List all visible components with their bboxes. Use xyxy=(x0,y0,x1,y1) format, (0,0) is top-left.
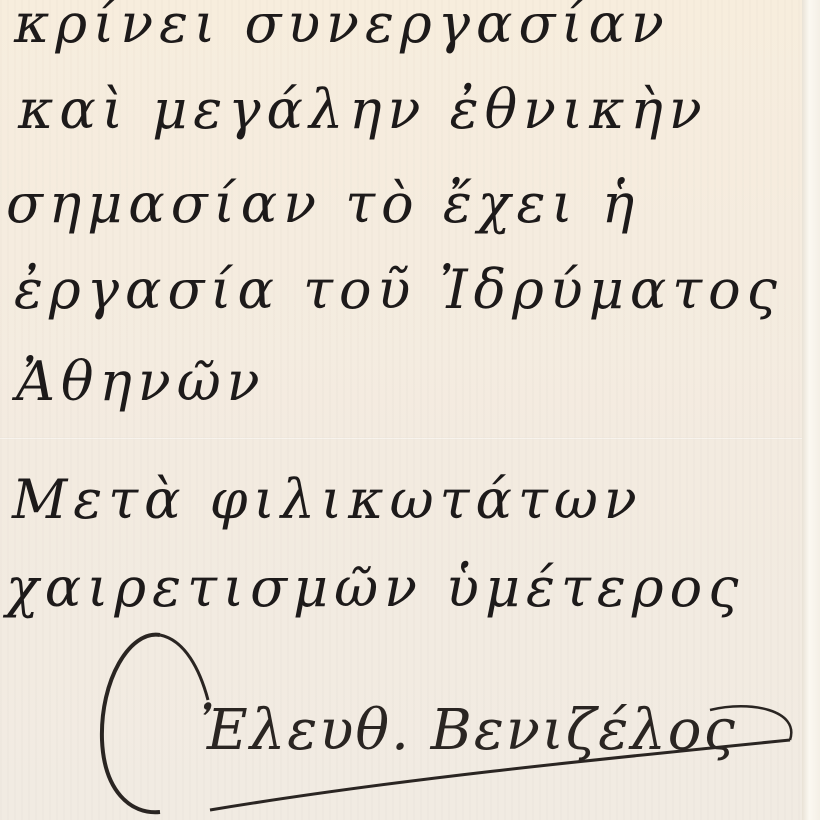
letter-line-4: ἐργασία τοῦ Ἰδρύματος xyxy=(14,258,783,321)
letter-line-1: κρίνει συνεργασίαν xyxy=(14,0,670,55)
letter-line-2: καὶ μεγάλην ἐθνικὴν xyxy=(18,78,708,141)
letter-line-3: σημασίαν τὸ ἔχει ἡ xyxy=(6,172,640,235)
paper-fold-crease xyxy=(0,437,820,440)
closing-line-1: Μετὰ φιλικωτάτων xyxy=(12,468,643,531)
signature: Ἐλευθ. Βενιζέλος xyxy=(90,620,810,820)
closing-line-2: χαιρετισμῶν ὑμέτερος xyxy=(6,556,744,619)
signature-text: Ἐλευθ. Βενιζέλος xyxy=(200,698,737,763)
letter-line-5: Ἀθηνῶν xyxy=(16,350,266,413)
